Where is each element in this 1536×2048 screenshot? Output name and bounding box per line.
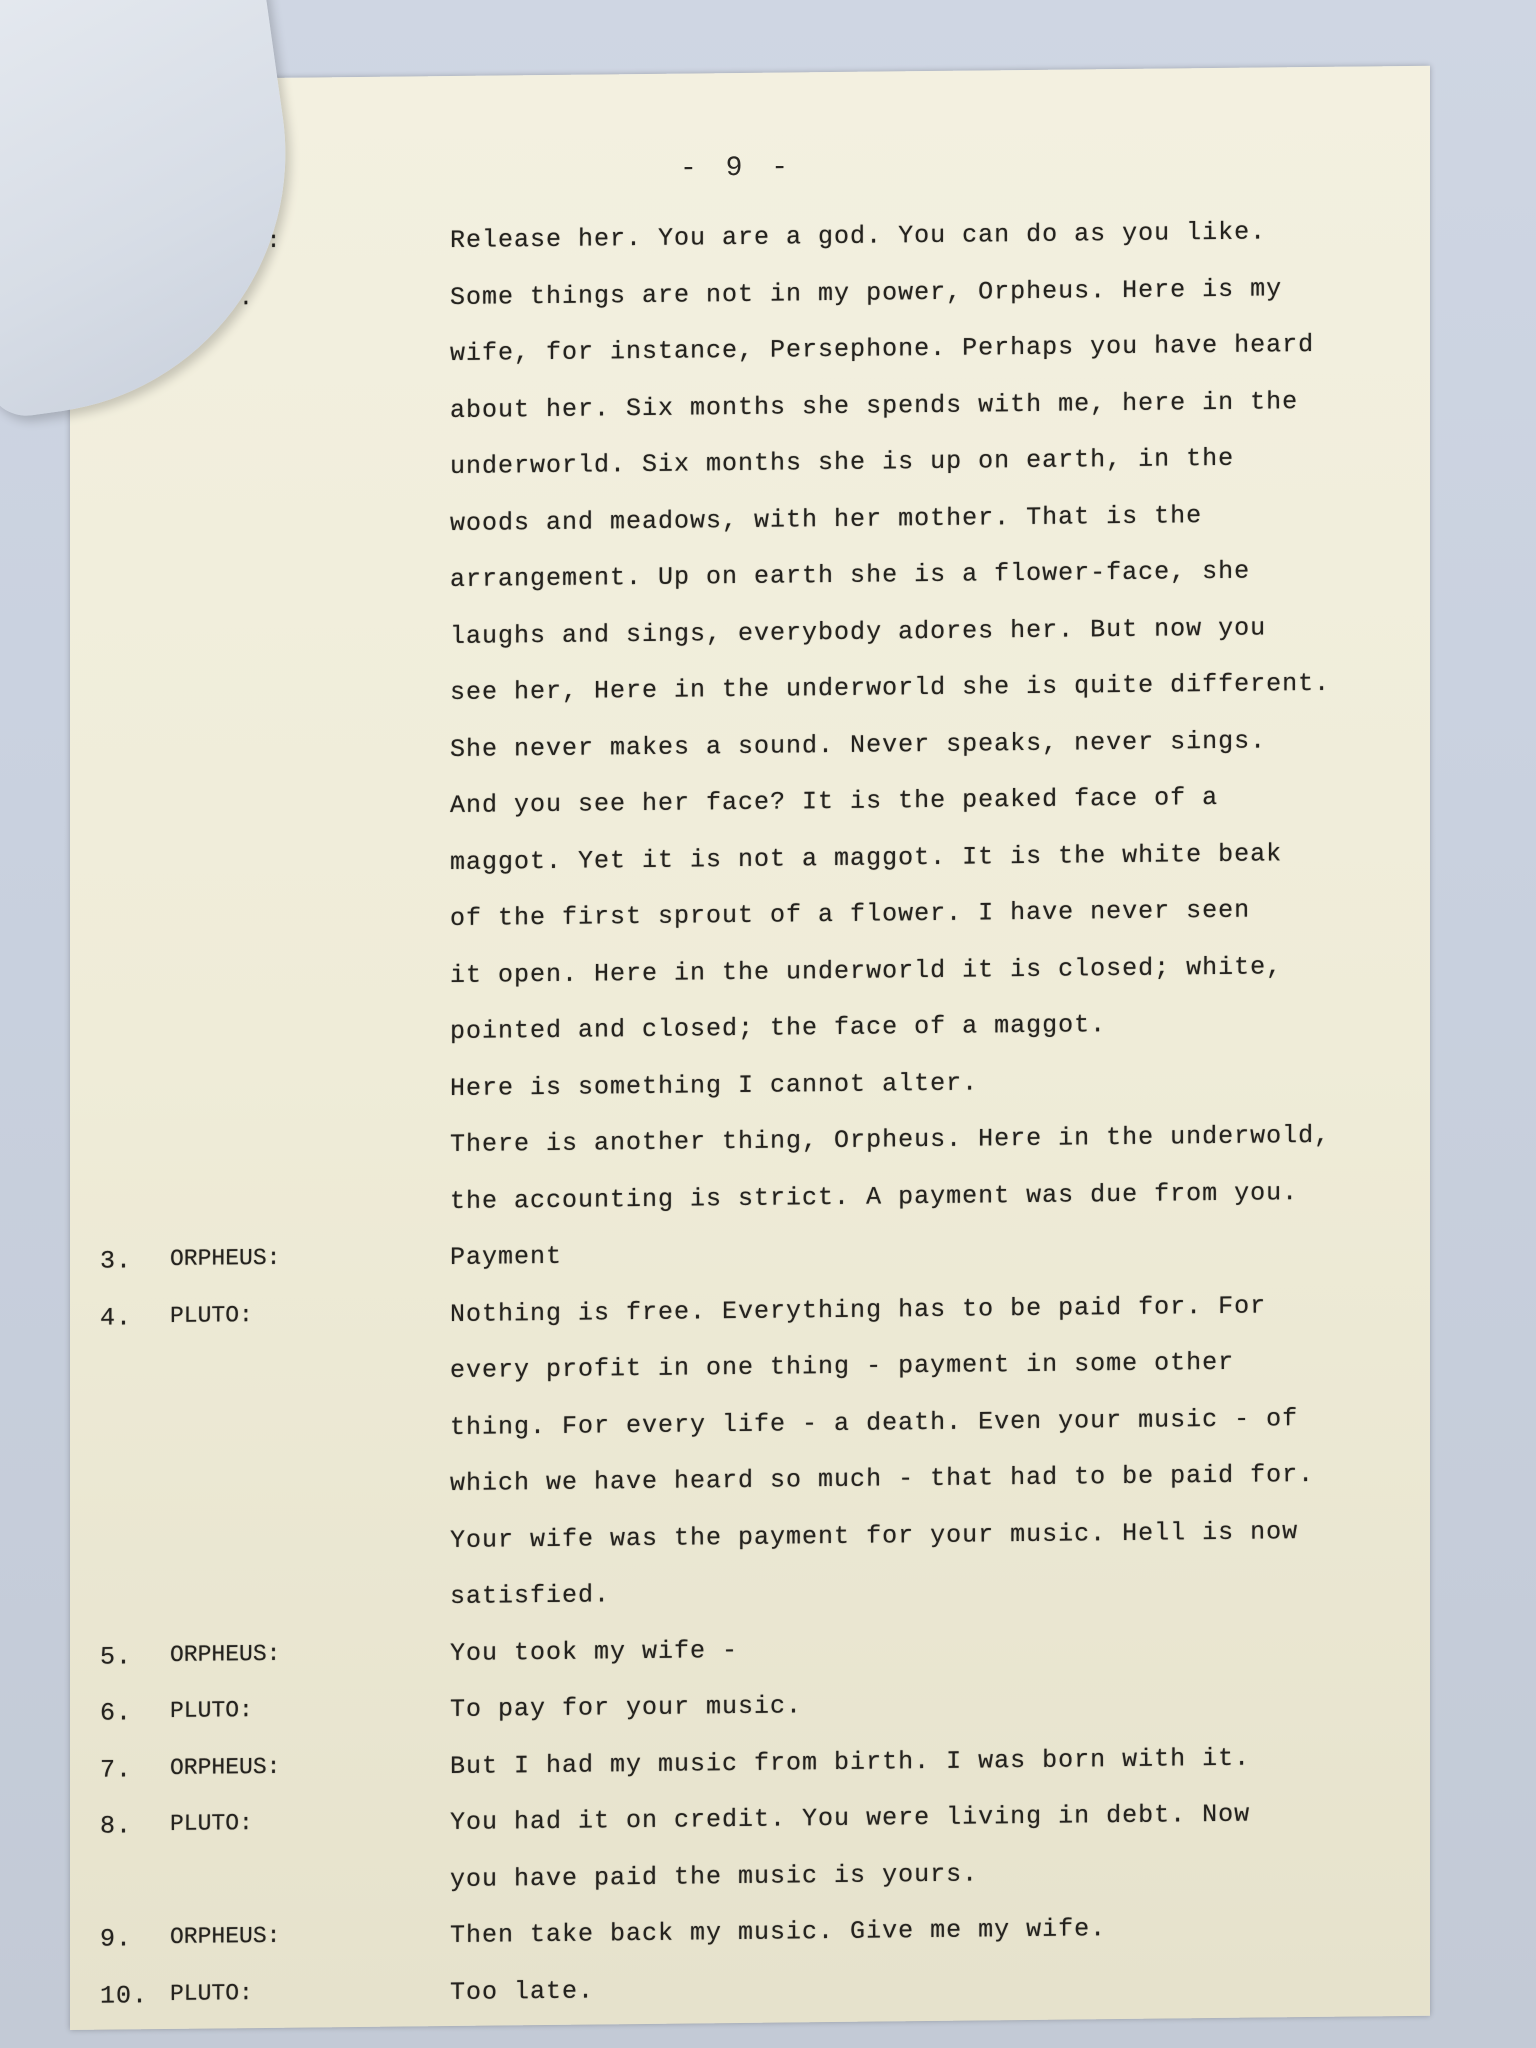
cue-number	[100, 1416, 150, 1417]
cue-number	[100, 1585, 150, 1586]
speaker-name: PLUTO:	[170, 1980, 253, 2007]
script-body: ORPHEUS:Release her. You are a god. You …	[70, 216, 1430, 2038]
cue-number: 6.	[100, 1698, 150, 1728]
speaker-name: PLUTO:	[170, 1697, 253, 1724]
cue-number	[100, 851, 150, 852]
cue-number	[100, 794, 150, 795]
cue-number: 5.	[100, 1642, 150, 1672]
dialogue-text: Too late.	[450, 1976, 594, 2007]
speaker-name: ORPHEUS:	[170, 1245, 280, 1272]
speaker-name: ORPHEUS:	[170, 1753, 280, 1780]
cue-number	[100, 1077, 150, 1078]
cue-number	[100, 568, 150, 569]
dialogue-text: pointed and closed; the face of a maggot…	[450, 1010, 1106, 1046]
cue-number: 9.	[100, 1924, 150, 1954]
cue-number	[100, 625, 150, 626]
cue-number	[100, 907, 150, 908]
dialogue-text: You took my wife -	[450, 1636, 738, 1668]
cue-number	[100, 964, 150, 965]
typescript-page: - 9 - ORPHEUS:Release her. You are a god…	[70, 66, 1430, 2030]
cue-number: 4.	[100, 1303, 150, 1333]
cue-number	[100, 1868, 150, 1869]
speaker-name: PLUTO:	[170, 1302, 253, 1329]
dialogue-text: you have paid the music is yours.	[450, 1859, 978, 1894]
cue-number	[100, 1359, 150, 1360]
cue-number	[100, 681, 150, 682]
cue-number: 7.	[100, 1755, 150, 1785]
speaker-name: ORPHEUS:	[170, 1640, 280, 1667]
cue-number	[100, 1190, 150, 1191]
dialogue-text: Release her. You are a god. You can do a…	[450, 217, 1266, 255]
page-number: - 9 -	[680, 152, 794, 184]
dialogue-text: To pay for your music.	[450, 1691, 802, 1724]
dialogue-text: Then take back my music. Give me my wife…	[450, 1914, 1106, 1950]
cue-number: 3.	[100, 1246, 150, 1276]
cue-number	[100, 1529, 150, 1530]
cue-number	[100, 1020, 150, 1021]
cue-number	[100, 738, 150, 739]
cue-number: 10.	[100, 1981, 150, 2011]
cue-number	[100, 455, 150, 456]
cue-number: 8.	[100, 1811, 150, 1841]
speaker-name: ORPHEUS:	[170, 1923, 280, 1950]
dialogue-text: satisfied.	[450, 1580, 610, 1611]
cue-number	[100, 512, 150, 513]
dialogue-text: Payment	[450, 1242, 562, 1272]
cue-number	[100, 1133, 150, 1134]
dialogue-text: Here is something I cannot alter.	[450, 1068, 978, 1103]
speaker-name: PLUTO:	[170, 1810, 253, 1837]
cue-number	[100, 1472, 150, 1473]
